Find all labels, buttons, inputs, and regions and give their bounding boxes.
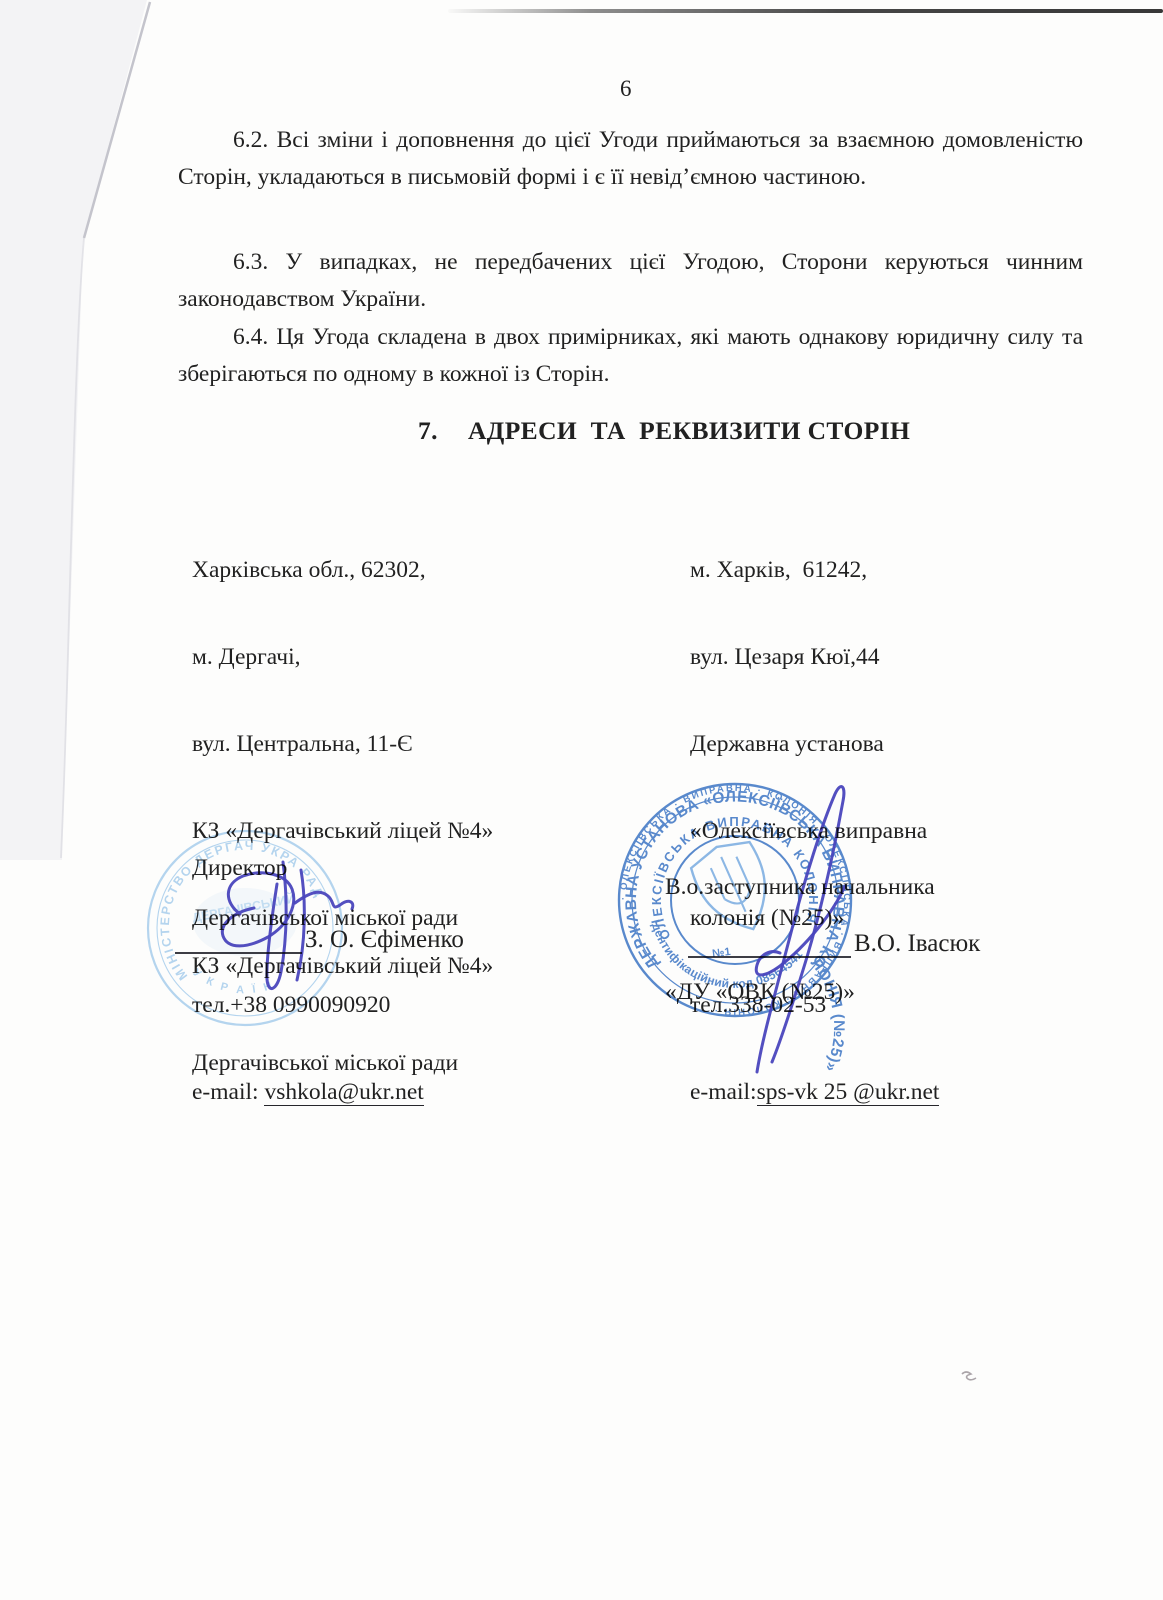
- address-line: м. Дергачі,: [192, 643, 493, 672]
- scanned-page: 6 6.2. Всі зміни і доповнення до цієї Уг…: [0, 0, 1163, 1600]
- paragraph-6-2: 6.2. Всі зміни і доповнення до цієї Угод…: [178, 122, 1083, 196]
- section-heading: 7.АДРЕСИ ТА РЕКВИЗИТИ СТОРІН: [418, 416, 910, 446]
- signatory-title-line: Директор: [192, 852, 493, 885]
- signatory-title-line: Дергачівської міської ради: [192, 1047, 493, 1080]
- fold-shadow-area: [0, 0, 147, 860]
- signature-line-right: [688, 928, 851, 958]
- smudge-mark: [962, 1372, 976, 1380]
- scan-artifacts-overlay: МІНІСТЕРСТВО ДЕРГАЧ УКРА РАД У К Р А Ї Н…: [0, 0, 1163, 1600]
- fold-edge-line: [84, 2, 150, 238]
- signatory-title-line: КЗ «Дергачівський ліцей №4»: [192, 950, 493, 983]
- paragraph-6-3: 6.3. У випадках, не передбачених цієї Уг…: [178, 244, 1083, 318]
- address-line: вул. Центральна, 11-Є: [192, 730, 493, 759]
- signatory-title-line: В.о.заступника начальника: [665, 870, 935, 905]
- section-title: АДРЕСИ ТА РЕКВИЗИТИ СТОРІН: [468, 416, 910, 445]
- signatory-title-line: «ДУ «ОВК (№25)»: [665, 975, 935, 1010]
- signature-line-left: [175, 924, 302, 954]
- email-address-right: sps-vk 25 @ukr.net: [757, 1079, 940, 1106]
- address-line: Харківська обл., 62302,: [192, 556, 493, 585]
- page-fold-corner: [0, 0, 150, 860]
- address-line: вул. Цезаря Кюї,44: [690, 643, 939, 672]
- signatory-name-right: В.О. Івасюк: [854, 929, 980, 958]
- address-line: Державна установа: [690, 730, 939, 759]
- email-line: e-mail:sps-vk 25 @ukr.net: [690, 1078, 939, 1107]
- section-number: 7.: [418, 416, 438, 445]
- fold-edge-line-lower: [61, 238, 84, 858]
- address-line: м. Харків, 61242,: [690, 556, 939, 585]
- signature-row-right: В.О. Івасюк: [688, 928, 980, 958]
- page-number: 6: [620, 76, 632, 102]
- signature-row-left: З. О. Єфіменко: [175, 924, 464, 954]
- paragraph-6-4: 6.4. Ця Угода складена в двох примірника…: [178, 319, 1083, 393]
- scan-edge-line: [448, 9, 1163, 13]
- signatory-left-title: Директор КЗ «Дергачівський ліцей №4» Дер…: [192, 787, 493, 1145]
- email-label: e-mail:: [690, 1079, 757, 1105]
- signatory-name-left: З. О. Єфіменко: [305, 925, 464, 954]
